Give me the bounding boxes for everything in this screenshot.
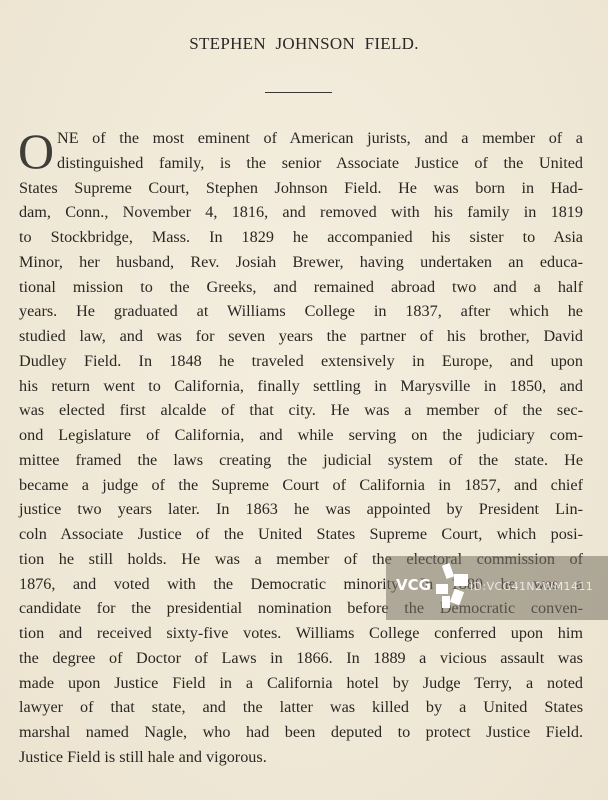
drop-cap-letter: O — [18, 129, 54, 173]
text-line: made upon Justice Field in a California … — [19, 671, 583, 696]
text-line: lawyer of that state, and the latter was… — [19, 695, 583, 720]
book-page: STEPHEN JOHNSON FIELD. O NE of the most … — [0, 0, 608, 800]
text-line: dam, Conn., November 4, 1816, and remove… — [19, 200, 583, 225]
text-line: Minor, her husband, Rev. Josiah Brewer, … — [19, 250, 583, 275]
text-line: States Supreme Court, Stephen Johnson Fi… — [19, 176, 583, 201]
vcg-logo-text: VCG — [396, 576, 431, 594]
drop-cap-block: O NE of the most eminent of American jur… — [19, 126, 583, 176]
text-line: Dudley Field. In 1848 he traveled extens… — [19, 349, 583, 374]
page-title: STEPHEN JOHNSON FIELD. — [0, 34, 608, 54]
vcg-watermark: VCG ID:VCG41N2WM1411 — [386, 556, 608, 620]
biography-paragraph: O NE of the most eminent of American jur… — [19, 126, 583, 770]
text-line: studied law, and was for seven years the… — [19, 324, 583, 349]
text-line: distinguished family, is the senior Asso… — [19, 151, 583, 176]
text-line: was elected first alcalde of that city. … — [19, 398, 583, 423]
text-line: NE of the most eminent of American juris… — [19, 126, 583, 151]
title-divider-rule — [265, 92, 332, 93]
vcg-pinwheel-icon — [430, 562, 470, 612]
watermark-id-text: ID:VCG41N2WM1411 — [470, 580, 593, 593]
text-line: tional mission to the Greeks, and remain… — [19, 275, 583, 300]
text-line: ond Legislature of California, and while… — [19, 423, 583, 448]
text-line: his return went to California, finally s… — [19, 374, 583, 399]
text-line: the degree of Doctor of Laws in 1866. In… — [19, 646, 583, 671]
text-line: marshal named Nagle, who had been depute… — [19, 720, 583, 745]
text-line: years. He graduated at Williams College … — [19, 299, 583, 324]
text-line: became a judge of the Supreme Court of C… — [19, 473, 583, 498]
text-line: coln Associate Justice of the United Sta… — [19, 522, 583, 547]
text-line: tion and received sixty-five votes. Will… — [19, 621, 583, 646]
text-line: Justice Field is still hale and vigorous… — [19, 745, 583, 770]
text-line: mittee framed the laws creating the judi… — [19, 448, 583, 473]
text-line: to Stockbridge, Mass. In 1829 he accompa… — [19, 225, 583, 250]
text-line: justice two years later. In 1863 he was … — [19, 497, 583, 522]
